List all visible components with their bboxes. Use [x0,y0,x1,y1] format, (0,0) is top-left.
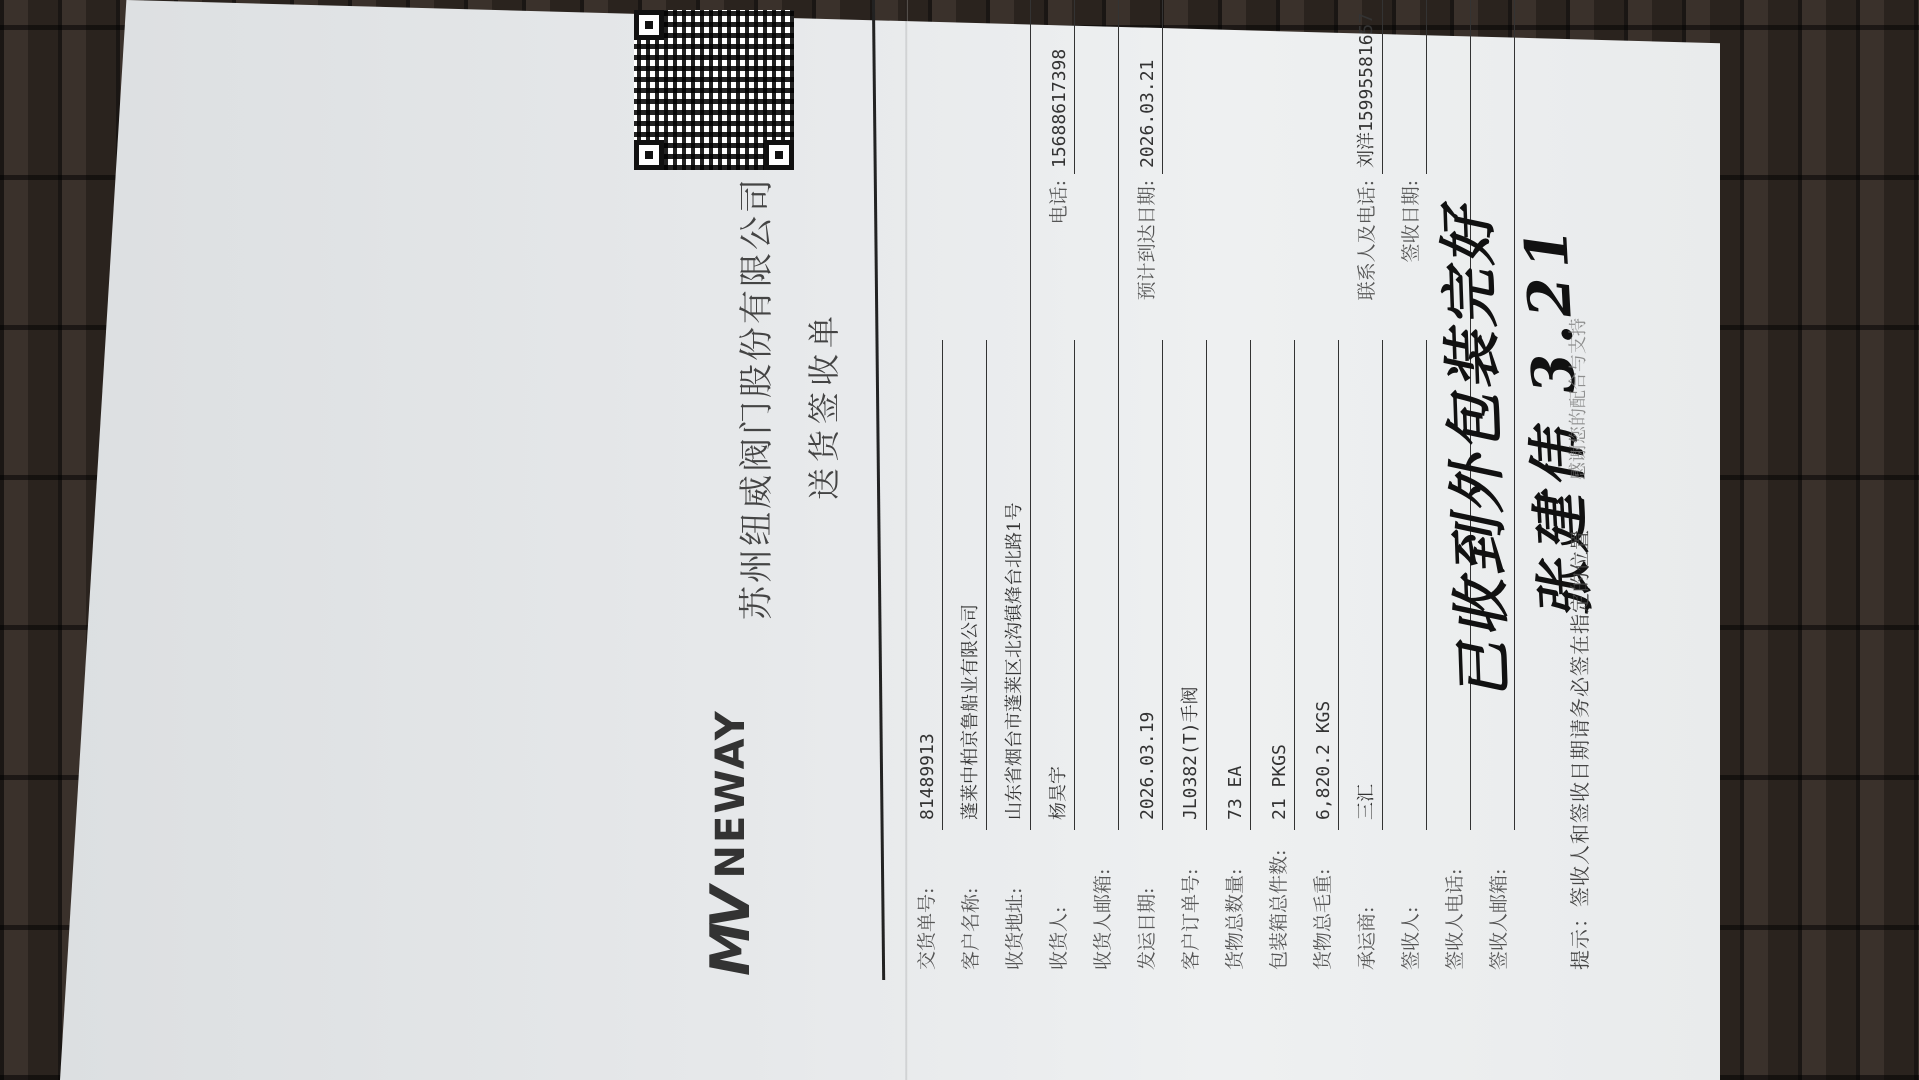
field-customer-name: 客户名称: 蓬莱中柏京鲁船业有限公司 [943,0,987,970]
field-value: 6,820.2 KGS [1313,340,1339,830]
field-gross-weight: 货物总毛重: 6,820.2 KGS [1295,0,1339,970]
field-value: 15688617398 [1049,0,1075,174]
field-value: 2026.03.21 [1137,0,1163,174]
field-label: 预计到达日期: [1132,174,1163,340]
field-label: 收货人邮箱: [1088,830,1119,970]
brand-name: NEWAY [708,709,754,878]
field-label: 交货单号: [912,830,943,970]
neway-logo-icon: MV [699,892,762,976]
field-value: 刘洋15995581657 [1352,0,1383,174]
form-title: 送货签收单 [799,310,845,500]
field-delivery-no: 交货单号: 81489913 [899,0,943,970]
company-name: 苏州纽威阀门股份有限公司 [729,176,778,620]
header-divider [872,0,885,980]
field-label: 签收人电话: [1440,830,1471,970]
field-label: 承运商: [1352,830,1383,970]
field-label: 货物总数量: [1220,830,1251,970]
field-value: JL0382(T)手阀 [1176,340,1207,830]
field-value: 蓬莱中柏京鲁船业有限公司 [956,340,987,830]
field-value: 73 EA [1225,340,1251,830]
field-label: 发运日期: [1132,830,1163,970]
field-label: 客户名称: [956,830,987,970]
field-value: 81489913 [917,340,943,830]
thanks-text: 感谢您的配合与支持 [1564,318,1590,480]
field-label: 货物总毛重: [1308,830,1339,970]
field-customer-po: 客户订单号: JL0382(T)手阀 [1163,0,1207,970]
field-value: 21 PKGS [1269,340,1295,830]
field-value: 山东省烟台市蓬莱区北沟镇烽台北路1号 [1000,0,1031,830]
field-total-packages: 包装箱总件数: 21 PKGS [1251,0,1295,970]
delivery-receipt-document: MV NEWAY 苏州纽威阀门股份有限公司 送货签收单 交货单号: 814899… [399,0,1659,1000]
field-label: 签收人邮箱: [1484,830,1515,970]
field-total-qty: 货物总数量: 73 EA [1207,0,1251,970]
field-signer: 签收人: 签收日期: [1383,0,1427,970]
field-carrier: 承运商: 三汇 联系人及电话: 刘洋15995581657 [1339,0,1383,970]
field-label: 包装箱总件数: [1264,830,1295,970]
field-delivery-address: 收货地址: 山东省烟台市蓬莱区北沟镇烽台北路1号 [987,0,1031,970]
qr-finder-icon [634,140,664,170]
field-value: 2026.03.19 [1137,340,1163,830]
field-ship-date: 发运日期: 2026.03.19 预计到达日期: 2026.03.21 [1119,0,1163,970]
field-label: 收货人: [1044,830,1075,970]
qr-finder-icon [764,140,794,170]
field-label: 客户订单号: [1176,830,1207,970]
field-label: 收货地址: [1000,830,1031,970]
field-label: 联系人及电话: [1352,174,1383,340]
qr-finder-icon [634,10,664,40]
field-value: 三汇 [1352,340,1383,830]
tip-text: 提示：签收人和签收日期请务必签在指定的位置 [1564,529,1593,970]
field-label: 电话: [1044,174,1075,340]
form-fields: 交货单号: 81489913 客户名称: 蓬莱中柏京鲁船业有限公司 收货地址: … [899,0,1515,970]
field-value: 杨昊宇 [1044,340,1075,830]
qr-code-icon [634,10,794,170]
neway-logo: MV NEWAY [699,709,762,976]
field-consignee: 收货人: 杨昊宇 电话: 15688617398 [1031,0,1075,970]
field-label: 签收人: [1396,830,1427,970]
field-consignee-email: 收货人邮箱: [1075,0,1119,970]
